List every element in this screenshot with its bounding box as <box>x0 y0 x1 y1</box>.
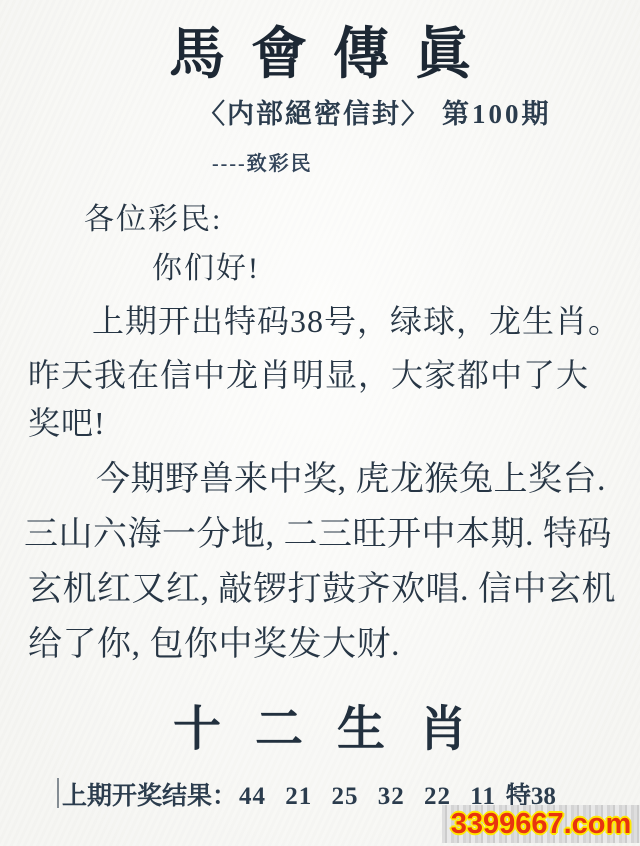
dedication-line: ----致彩民 <box>212 147 313 176</box>
poem-line-4: 给了你, 包你中奖发大财. <box>28 616 400 665</box>
zodiac-heading: 十二生肖 <box>0 690 640 759</box>
body-line-3: 奖吧! <box>28 398 106 444</box>
salutation: 各位彩民: <box>84 194 222 238</box>
greeting: 你们好! <box>152 243 260 287</box>
issue-number: 第100期 <box>442 99 552 129</box>
page-title: 馬會傳眞 <box>0 10 640 90</box>
lottery-fax-document: 馬會傳眞 〈内部絕密信封〉第100期 ----致彩民 各位彩民: 你们好! 上期… <box>0 0 640 846</box>
results-label: 上期开奖结果： <box>62 783 237 810</box>
body-line-2: 昨天我在信中龙肖明显，大家都中了大 <box>28 350 589 396</box>
subtitle-envelope-label: 〈内部絕密信封〉 <box>198 99 430 129</box>
watermark-url: 3399667.com <box>451 808 632 841</box>
watermark-band: 3399667.com <box>442 805 640 843</box>
body-line-1: 上期开出特码38号，绿球，龙生肖。 <box>92 296 621 342</box>
subtitle: 〈内部絕密信封〉第100期 <box>198 92 552 131</box>
poem-line-2: 三山六海一分地, 二三旺开中本期. 特码 <box>24 506 612 555</box>
poem-line-1: 今期野兽来中奖, 虎龙猴兔上奖台. <box>96 451 606 500</box>
poem-line-3: 玄机红又红, 敲锣打鼓齐欢唱. 信中玄机 <box>28 561 616 610</box>
